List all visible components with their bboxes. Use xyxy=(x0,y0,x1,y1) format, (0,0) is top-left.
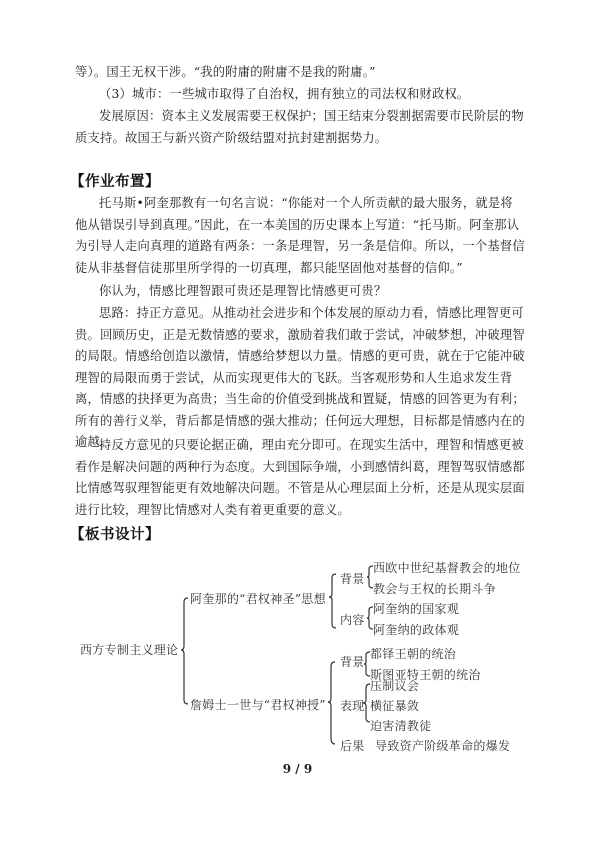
branch-james-manifest-item: 横征暴敛 xyxy=(370,697,419,714)
mind-map-brackets xyxy=(0,0,595,842)
branch-aquinas-background-item: 教会与王权的长期斗争 xyxy=(373,580,496,597)
branch-aquinas-content-item: 阿奎纳的国家观 xyxy=(373,600,459,617)
branch-aquinas: 阿奎那的“君权神圣”思想 xyxy=(190,590,326,607)
page-number: 9 / 9 xyxy=(0,762,595,776)
branch-james-result-label: 后果 xyxy=(340,737,365,754)
mind-map-root: 西方专制主义理论 xyxy=(80,641,178,658)
branch-james-manifest-item: 迫害清教徒 xyxy=(370,717,432,734)
branch-aquinas-content-label: 内容 xyxy=(340,611,365,628)
branch-james-background-item: 都铎王朝的统治 xyxy=(370,645,456,662)
branch-james-background-label: 背景 xyxy=(340,653,365,670)
branch-aquinas-background-label: 背景 xyxy=(340,570,365,587)
branch-james-manifest-label: 表现 xyxy=(340,697,365,714)
branch-aquinas-content-item: 阿奎纳的政体观 xyxy=(373,621,459,638)
branch-james-result-text: 导致资产阶级革命的爆发 xyxy=(375,737,510,754)
branch-aquinas-background-item: 西欧中世纪基督教会的地位 xyxy=(373,559,521,576)
branch-james-manifest-item: 压制议会 xyxy=(370,677,419,694)
branch-james: 詹姆士一世与“君权神授” xyxy=(190,696,326,713)
